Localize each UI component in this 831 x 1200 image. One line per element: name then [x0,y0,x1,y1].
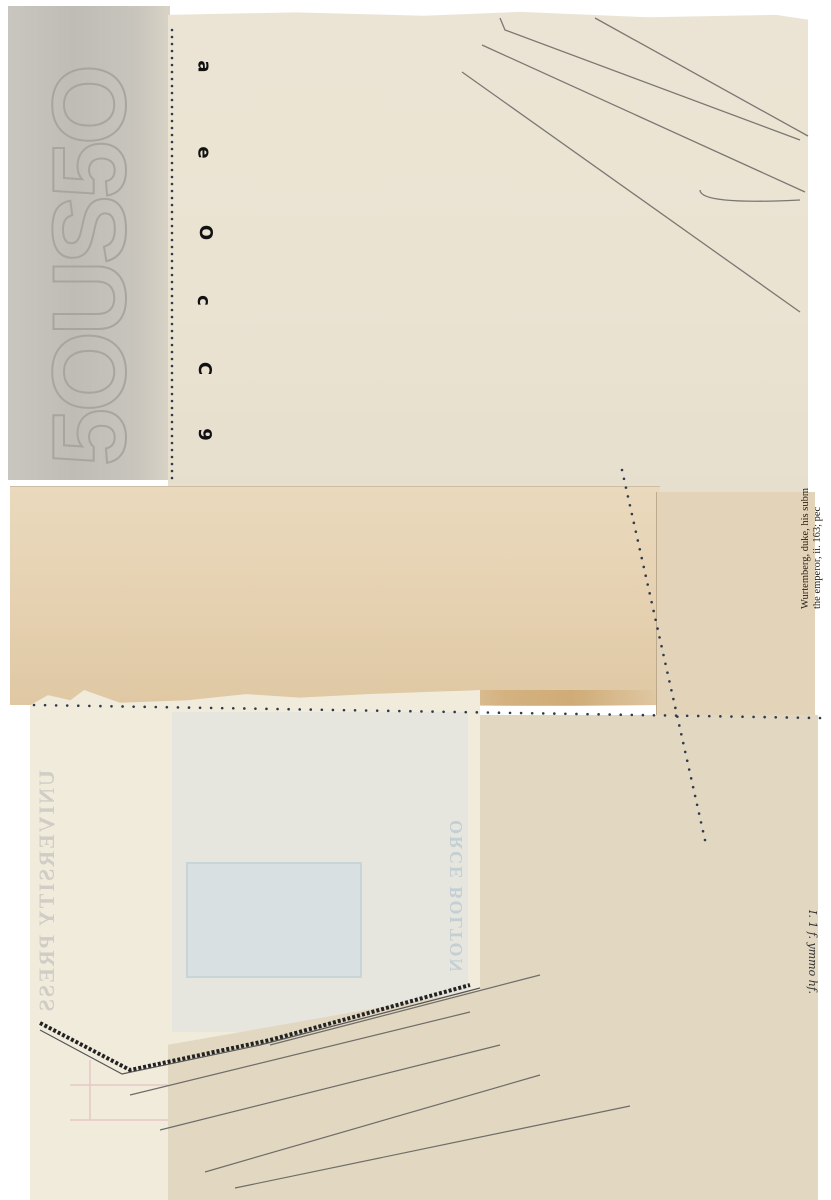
perforation-dots [33,29,822,842]
pencil-lines-top [462,18,808,312]
line-overlay [0,0,831,1200]
ledger-rules [70,1060,168,1120]
pencil-lines-bottom [130,975,630,1188]
charcoal-stroke [40,985,480,1074]
